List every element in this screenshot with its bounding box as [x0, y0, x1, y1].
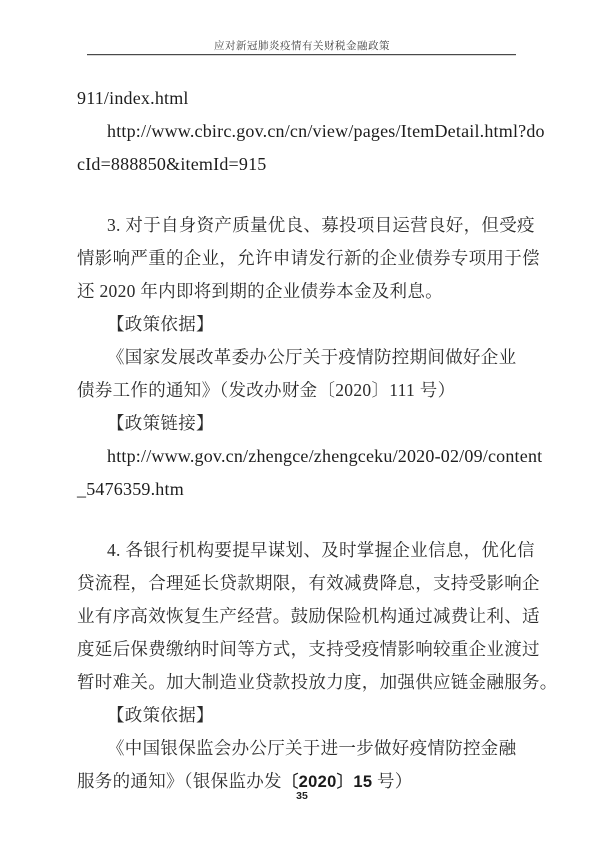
document-page: 应对新冠肺炎疫情有关财税金融政策 911/index.html http://w…: [0, 0, 604, 858]
page-number: 35: [0, 790, 604, 802]
document-number: 〔2020〕15: [282, 773, 372, 791]
paragraph-4-line: 业有序高效恢复生产经营。鼓励保险机构通过减费让利、适: [77, 600, 529, 633]
document-body: 911/index.html http://www.cbirc.gov.cn/c…: [77, 82, 529, 798]
url-text: http://www.cbirc.gov.cn/cn/view/pages/It…: [77, 115, 529, 148]
policy-basis-text: 号）: [372, 771, 412, 791]
paragraph-3-line: 3. 对于自身资产质量优良、募投项目运营良好，但受疫: [77, 209, 529, 242]
url-text: _5476359.htm: [77, 473, 529, 506]
paragraph-4-line: 4. 各银行机构要提早谋划、及时掌握企业信息，优化信: [77, 534, 529, 567]
policy-basis-heading: 【政策依据】: [77, 699, 529, 732]
policy-basis-text: 服务的通知》（银保监办发: [77, 771, 282, 791]
paragraph-3-line: 情影响严重的企业，允许申请发行新的企业债券专项用于偿: [77, 242, 529, 275]
policy-basis-line: 《中国银保监会办公厅关于进一步做好疫情防控金融: [77, 732, 529, 765]
policy-basis-line: 《国家发展改革委办公厅关于疫情防控期间做好企业: [77, 341, 529, 374]
policy-basis-heading: 【政策依据】: [77, 308, 529, 341]
url-text: 911/index.html: [77, 82, 529, 115]
paragraph-3-line: 还 2020 年内即将到期的企业债券本金及利息。: [77, 275, 529, 308]
url-text: http://www.gov.cn/zhengce/zhengceku/2020…: [77, 440, 529, 473]
paragraph-4-line: 度延后保费缴纳时间等方式，支持受疫情影响较重企业渡过: [77, 633, 529, 666]
url-text: cId=888850&itemId=915: [77, 148, 529, 181]
paragraph-4-line: 暂时难关。加大制造业贷款投放力度，加强供应链金融服务。: [77, 666, 529, 699]
paragraph-4-line: 贷流程，合理延长贷款期限，有效减费降息，支持受影响企: [77, 567, 529, 600]
running-header-title: 应对新冠肺炎疫情有关财税金融政策: [0, 38, 604, 53]
policy-link-heading: 【政策链接】: [77, 407, 529, 440]
header-divider-line: [87, 54, 516, 55]
policy-basis-line: 债券工作的通知》（发改办财金〔2020〕111 号）: [77, 374, 529, 407]
